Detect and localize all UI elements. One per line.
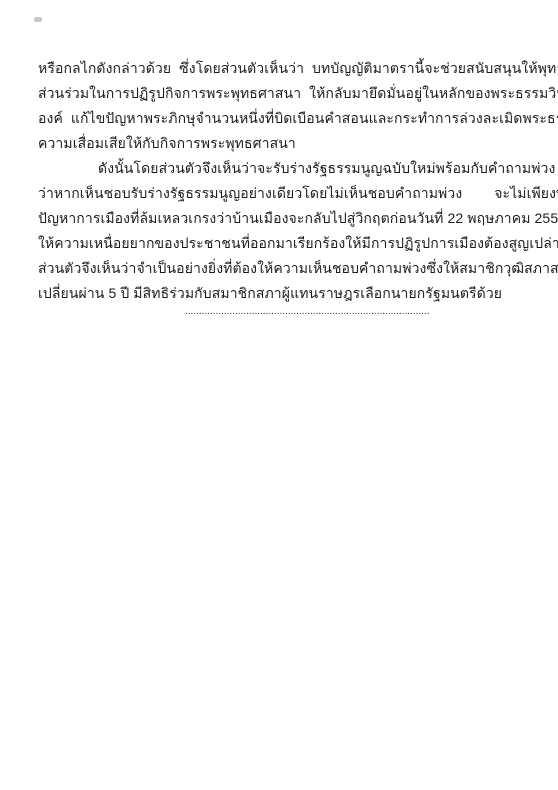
dotted-divider: ........................................… <box>185 306 445 318</box>
text-line: ดังนั้นโดยส่วนตัวจึงเห็นว่าจะรับร่างรัฐธ… <box>38 156 530 181</box>
paragraph: หรือกลไกดังกล่าวด้วย ซึ่งโดยส่วนตัวเห็นว… <box>38 56 530 156</box>
text-line: ส่วนร่วมในการปฏิรูปกิจการพระพุทธศาสนา ให… <box>38 81 530 106</box>
text-line: ปัญหาการเมืองที่ล้มเหลวเกรงว่าบ้านเมืองจ… <box>38 206 530 231</box>
text-line: ส่วนตัวจึงเห็นว่าจำเป็นอย่างยิ่งที่ต้องใ… <box>38 256 530 281</box>
scanned-document-page: หรือกลไกดังกล่าวด้วย ซึ่งโดยส่วนตัวเห็นว… <box>0 0 558 790</box>
paragraph: ดังนั้นโดยส่วนตัวจึงเห็นว่าจะรับร่างรัฐธ… <box>38 156 530 306</box>
text-line: หรือกลไกดังกล่าวด้วย ซึ่งโดยส่วนตัวเห็นว… <box>38 56 530 81</box>
text-line: ให้ความเหนื่อยยากของประชาชนที่ออกมาเรียก… <box>38 231 530 256</box>
scan-artifact-mark <box>34 17 42 22</box>
text-line: เปลี่ยนผ่าน 5 ปี มีสิทธิร่วมกับสมาชิกสภา… <box>38 281 530 306</box>
text-line: ว่าหากเห็นชอบรับร่างรัฐธรรมนูญอย่างเดียว… <box>38 181 530 206</box>
text-line: ความเสื่อมเสียให้กับกิจการพระพุทธศาสนา <box>38 131 530 156</box>
document-text-block: หรือกลไกดังกล่าวด้วย ซึ่งโดยส่วนตัวเห็นว… <box>38 56 530 306</box>
text-line: องค์ แก้ไขปัญหาพระภิกษุจำนวนหนึ่งที่บิดเ… <box>38 106 530 131</box>
